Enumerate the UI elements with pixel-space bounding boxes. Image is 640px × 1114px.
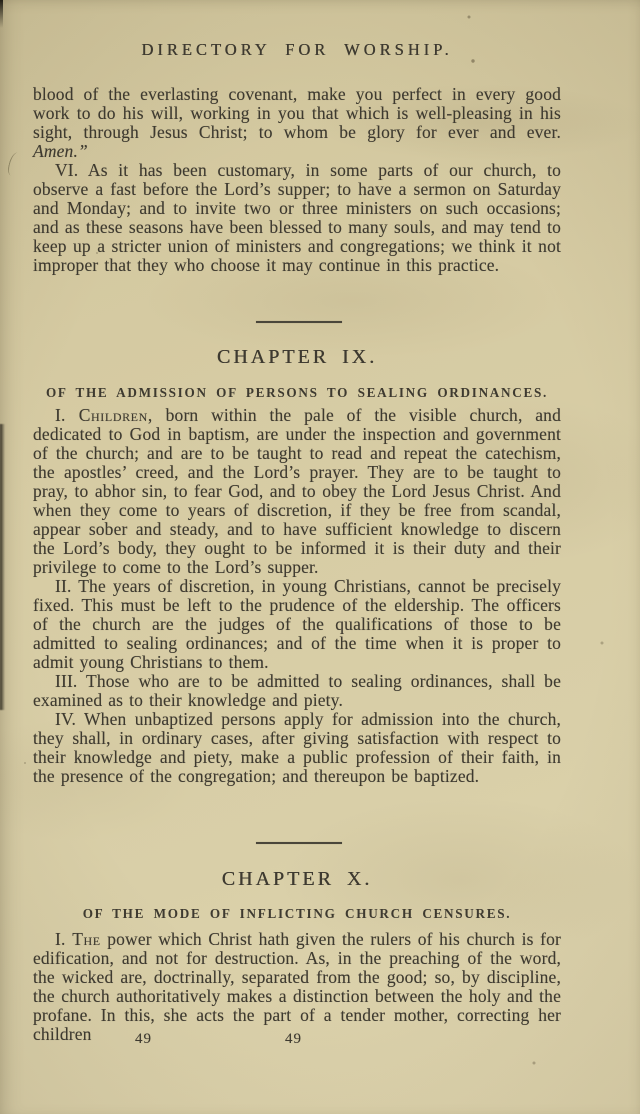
page-number-duplicate: 49 xyxy=(135,1031,152,1048)
paragraph-lead-smallcaps: Children, xyxy=(66,405,153,425)
paragraph-text: When unbaptized persons apply for admiss… xyxy=(33,709,561,786)
paragraph-iii: III. Those who are to be admitted to sea… xyxy=(33,672,561,710)
paragraph-vi: VI. As it has been customary, in some pa… xyxy=(33,161,561,275)
amen-italic-text: Amen.” xyxy=(33,141,88,161)
paragraph-iv: IV. When unbaptized persons apply for ad… xyxy=(33,710,561,786)
paragraph-text: The years of discretion, in young Christ… xyxy=(33,576,561,672)
paragraph-numeral: I. xyxy=(55,929,66,949)
chapter-x-body: I. The power which Christ hath given the… xyxy=(33,930,561,1044)
chapter-x-subheading: OF THE MODE OF INFLICTING CHURCH CENSURE… xyxy=(17,906,577,922)
paragraph-numeral: III. xyxy=(55,671,77,691)
paragraph-text: power which Christ hath given the rulers… xyxy=(33,929,561,1044)
paragraph-numeral: VI. xyxy=(55,160,78,180)
running-head: DIRECTORY FOR WORSHIP. xyxy=(33,40,561,60)
paragraph-text: As it has been customary, in some parts … xyxy=(33,160,561,275)
paragraph-continuation: blood of the everlasting covenant, make … xyxy=(33,85,561,161)
paragraph-ii: II. The years of discretion, in young Ch… xyxy=(33,577,561,672)
section-divider xyxy=(256,321,342,323)
paragraph-numeral: II. xyxy=(55,576,71,596)
paragraph-numeral: IV. xyxy=(55,709,76,729)
paragraph-i: I. The power which Christ hath given the… xyxy=(33,930,561,1044)
page-edge-top-mark xyxy=(0,0,3,28)
chapter-ix-body: I. Children, born within the pale of the… xyxy=(33,406,561,786)
paper-fiber-mark xyxy=(6,151,22,177)
paragraph-text: born within the pale of the visible chur… xyxy=(33,405,561,577)
spine-edge-shadow xyxy=(0,424,5,710)
paragraph-lead-smallcaps: The xyxy=(66,929,101,949)
page-number: 49 xyxy=(285,1031,302,1048)
paragraph-text: Those who are to be admitted to sealing … xyxy=(33,671,561,710)
section-divider xyxy=(256,842,342,844)
paragraph-numeral: I. xyxy=(55,405,66,425)
paper-specks xyxy=(0,0,2,2)
chapter-ix-subheading: OF THE ADMISSION OF PERSONS TO SEALING O… xyxy=(17,385,577,401)
chapter-ix-heading: CHAPTER IX. xyxy=(33,346,561,369)
book-page-scan: DIRECTORY FOR WORSHIP. blood of the ever… xyxy=(0,0,640,1114)
chapter-x-heading: CHAPTER X. xyxy=(33,868,561,891)
paragraph-text: blood of the everlasting covenant, make … xyxy=(33,84,561,142)
paragraph-i: I. Children, born within the pale of the… xyxy=(33,406,561,577)
closing-section-of-previous-chapter: blood of the everlasting covenant, make … xyxy=(33,85,561,275)
